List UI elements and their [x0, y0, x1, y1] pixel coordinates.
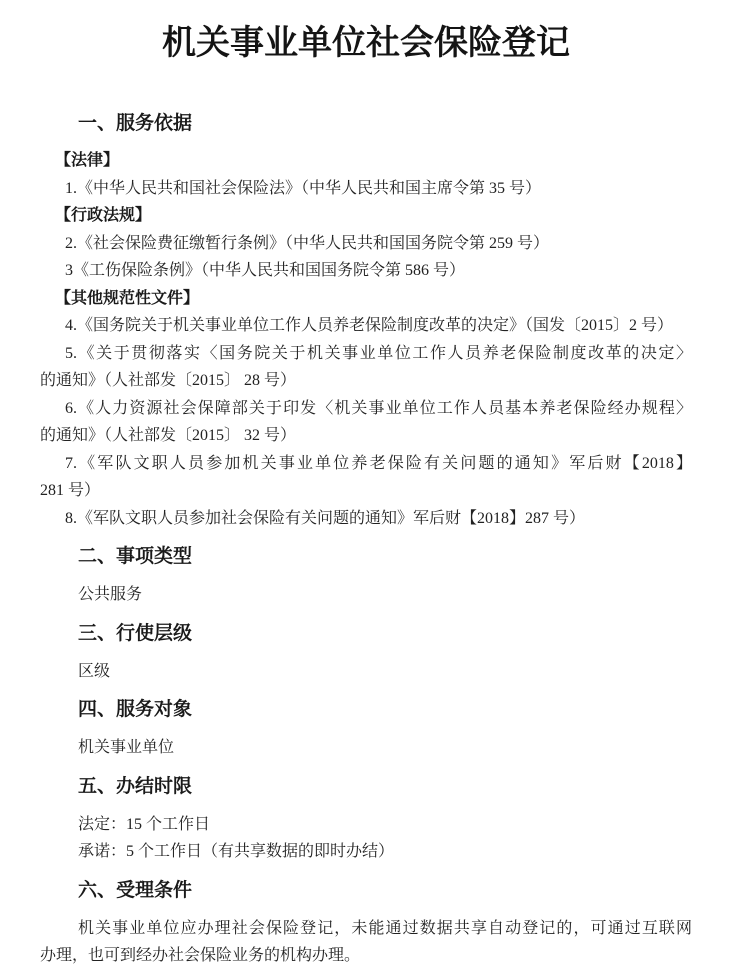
legal-item-6-line-2: 的通知》（人社部发〔2015〕 32 号）: [40, 422, 692, 450]
section-service-target: 四、服务对象 机关事业单位: [40, 697, 692, 762]
heading-service-target: 四、服务对象: [78, 697, 692, 723]
exercise-level-value: 区级: [40, 658, 692, 686]
legal-item-4: 4.《国务院关于机关事业单位工作人员养老保险制度改革的决定》（国发〔2015〕2…: [40, 312, 692, 340]
legal-item-6-line-1: 6.《人力资源社会保障部关于印发〈机关事业单位工作人员基本养老保险经办规程〉: [40, 395, 692, 423]
legal-item-7-line-1: 7.《军队文职人员参加机关事业单位养老保险有关问题的通知》军后财【2018】: [40, 450, 692, 478]
section-completion-time-limit: 五、办结时限 法定：15 个工作日 承诺：5 个工作日（有共享数据的即时办结）: [40, 774, 692, 866]
section-service-basis: 一、服务依据 【法律】 1.《中华人民共和国社会保险法》（中华人民共和国主席令第…: [40, 111, 692, 532]
legal-item-3: 3《工伤保险条例》（中华人民共和国国务院令第 586 号）: [40, 257, 692, 285]
legal-basis-list: 【法律】 1.《中华人民共和国社会保险法》（中华人民共和国主席令第 35 号） …: [40, 147, 692, 532]
legal-item-5-line-1: 5.《关于贯彻落实〈国务院关于机关事业单位工作人员养老保险制度改革的决定〉: [40, 340, 692, 368]
statutory-time-limit: 法定：15 个工作日: [40, 811, 692, 839]
heading-acceptance-conditions: 六、受理条件: [78, 878, 692, 904]
acceptance-conditions-line-2: 办理，也可到经办社会保险业务的机构办理。: [40, 942, 692, 970]
category-label-other-normative-documents: 【其他规范性文件】: [40, 285, 692, 313]
heading-service-basis: 一、服务依据: [78, 111, 692, 137]
legal-item-1: 1.《中华人民共和国社会保险法》（中华人民共和国主席令第 35 号）: [40, 175, 692, 203]
document-page: 机关事业单位社会保险登记 一、服务依据 【法律】 1.《中华人民共和国社会保险法…: [0, 22, 736, 970]
category-label-administrative-regulations: 【行政法规】: [40, 202, 692, 230]
legal-item-5-line-2: 的通知》（人社部发〔2015〕 28 号）: [40, 367, 692, 395]
acceptance-conditions-line-1: 机关事业单位应办理社会保险登记，未能通过数据共享自动登记的，可通过互联网: [40, 915, 692, 943]
heading-exercise-level: 三、行使层级: [78, 621, 692, 647]
section-acceptance-conditions: 六、受理条件 机关事业单位应办理社会保险登记，未能通过数据共享自动登记的，可通过…: [40, 878, 692, 970]
heading-item-type: 二、事项类型: [78, 544, 692, 570]
legal-item-8: 8.《军队文职人员参加社会保险有关问题的通知》军后财【2018】287 号）: [40, 505, 692, 533]
section-item-type: 二、事项类型 公共服务: [40, 544, 692, 609]
page-title: 机关事业单位社会保险登记: [40, 22, 692, 66]
legal-item-2: 2.《社会保险费征缴暂行条例》（中华人民共和国国务院令第 259 号）: [40, 230, 692, 258]
promised-time-limit: 承诺：5 个工作日（有共享数据的即时办结）: [40, 838, 692, 866]
acceptance-conditions-paragraph: 机关事业单位应办理社会保险登记，未能通过数据共享自动登记的，可通过互联网 办理，…: [40, 915, 692, 970]
legal-item-7-line-2: 281 号）: [40, 477, 692, 505]
heading-completion-time-limit: 五、办结时限: [78, 774, 692, 800]
item-type-value: 公共服务: [40, 581, 692, 609]
section-exercise-level: 三、行使层级 区级: [40, 621, 692, 686]
service-target-value: 机关事业单位: [40, 734, 692, 762]
category-label-law: 【法律】: [40, 147, 692, 175]
